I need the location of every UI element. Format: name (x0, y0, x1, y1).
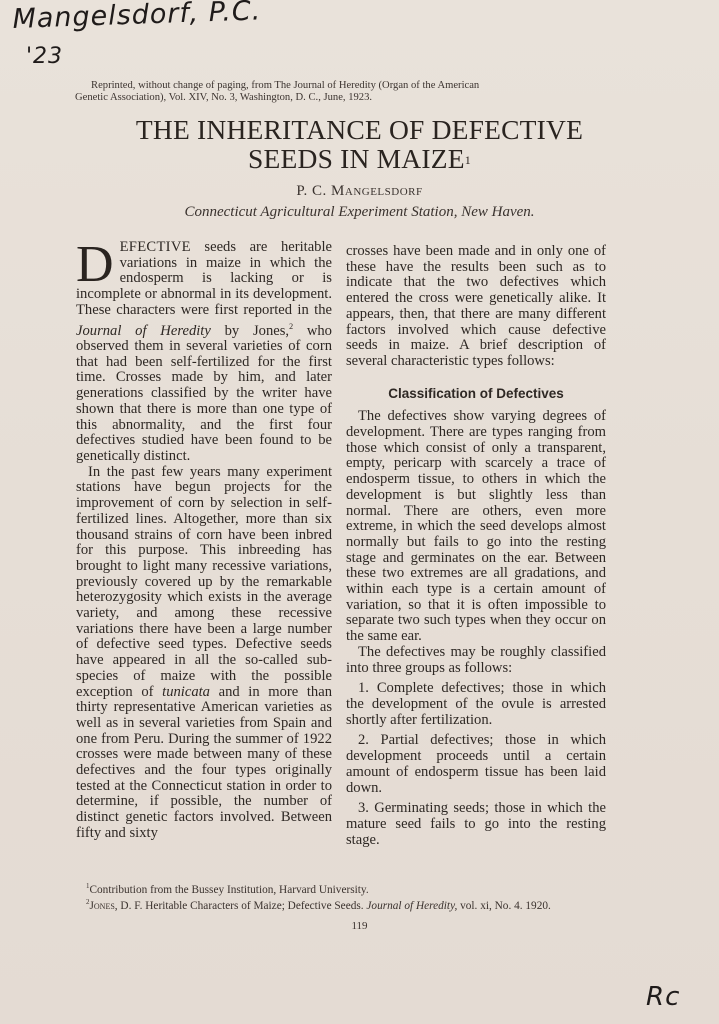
handwritten-name: Mangelsdorf, P.C. (12, 0, 262, 35)
title-line-2-text: SEEDS IN MAIZE (248, 143, 465, 174)
footnote-2: 2Jones, D. F. Heritable Characters of Ma… (72, 896, 607, 912)
left-column: DEFECTIVE seeds are heritable variations… (76, 240, 332, 842)
title-line-2: SEEDS IN MAIZE1 (0, 144, 719, 173)
list-number: 2. (358, 732, 369, 748)
footnote-text: Heritable Characters of Maize; Defective… (142, 900, 366, 912)
author-surname: Mangelsdorf (331, 183, 423, 199)
page-number: 119 (0, 920, 719, 932)
paragraph-2-text-b: and in more than thirty representative A… (76, 684, 332, 841)
article-title: THE INHERITANCE OF DEFECTIVE SEEDS IN MA… (0, 115, 719, 173)
intro-text-b: by Jones, (211, 322, 289, 338)
reprint-notice: Reprinted, without change of paging, fro… (75, 80, 620, 104)
intro-text-c: who observed them in several varieties o… (76, 322, 332, 464)
body-paragraph: In the past few years many experiment st… (76, 465, 332, 842)
title-footnote-marker[interactable]: 1 (465, 153, 471, 167)
list-item: 1. Complete defectives; those in which t… (346, 681, 606, 728)
right-column: crosses have been made and in only one o… (346, 244, 606, 848)
paragraph-2-text-a: In the past few years many experiment st… (76, 464, 332, 700)
journal-title-italic: Journal of Heredity (76, 322, 211, 338)
list-text: Partial defectives; those in which devel… (346, 732, 606, 795)
section-heading: Classification of Defectives (346, 386, 606, 402)
footnote-author: Jones, D. F. (90, 900, 143, 912)
list-item: 3. Germinating seeds; those in which the… (346, 801, 606, 848)
continuation-paragraph: crosses have been made and in only one o… (346, 244, 606, 370)
handwritten-year: '23 (26, 44, 63, 69)
list-text: Germinating seeds; those in which the ma… (346, 800, 606, 847)
author-initials: P. C. (296, 183, 326, 199)
list-number: 1. (358, 680, 369, 696)
footnote-citation: vol. xi, No. 4. 1920. (457, 900, 551, 912)
author-affiliation: Connecticut Agricultural Experiment Stat… (0, 204, 719, 221)
list-item: 2. Partial defectives; those in which de… (346, 733, 606, 796)
title-line-1: THE INHERITANCE OF DEFECTIVE (0, 115, 719, 144)
intro-text-a: seeds are heritable variations in maize … (76, 239, 332, 318)
reprint-notice-line-1: Reprinted, without change of paging, fro… (75, 80, 620, 92)
body-paragraph: The defectives show varying degrees of d… (346, 409, 606, 645)
footnote-text: Contribution from the Bussey Institution… (90, 884, 369, 896)
handwritten-initials: Rc (646, 982, 680, 1012)
author-byline: P. C. Mangelsdorf (0, 183, 719, 200)
reprint-notice-line-2: Genetic Association), Vol. XIV, No. 3, W… (75, 92, 620, 104)
footnote-1: 1Contribution from the Bussey Institutio… (72, 880, 607, 896)
lead-caps: EFECTIVE (120, 239, 191, 255)
list-number: 3. (358, 800, 369, 816)
tunicata-italic: tunicata (162, 684, 210, 700)
footnote-journal: Journal of Heredity, (366, 900, 457, 912)
body-paragraph: The defectives may be roughly classified… (346, 645, 606, 676)
intro-paragraph: DEFECTIVE seeds are heritable variations… (76, 240, 332, 465)
drop-cap: D (76, 245, 114, 285)
footnotes: 1Contribution from the Bussey Institutio… (72, 880, 607, 913)
list-text: Complete defectives; those in which the … (346, 680, 606, 727)
